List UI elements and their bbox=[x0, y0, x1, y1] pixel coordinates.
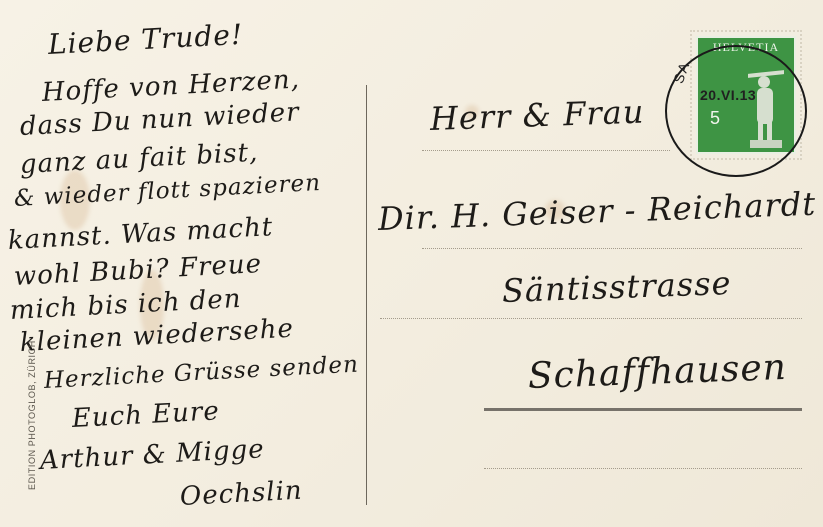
message-line: Herzliche Grüsse senden bbox=[43, 352, 359, 394]
message-line: ganz au fait bist, bbox=[19, 138, 259, 180]
address-line-rule bbox=[422, 248, 802, 249]
message-line: kannst. Was macht bbox=[7, 212, 274, 256]
publisher-imprint: EDITION PHOTOGLOB, ZÜRICH bbox=[27, 340, 37, 490]
address-street: Säntisstrasse bbox=[501, 264, 732, 310]
address-line-rule bbox=[380, 318, 802, 319]
message-address-divider bbox=[366, 85, 367, 505]
message-signature: Arthur & Migge bbox=[39, 434, 265, 476]
message-greeting: Liebe Trude! bbox=[47, 18, 244, 61]
postmark-date: 20.VI.13 bbox=[700, 87, 756, 103]
postcard-back: Liebe Trude! Hoffe von Herzen, dass Du n… bbox=[0, 0, 823, 527]
address-line-rule bbox=[484, 468, 802, 469]
address-recipient: Dir. H. Geiser - Reichardt bbox=[377, 185, 816, 238]
message-closing: Euch Eure bbox=[71, 396, 220, 434]
address-town-underline bbox=[484, 408, 802, 411]
message-signature-surname: Oechslin bbox=[179, 476, 303, 512]
address-salutation: Herr & Frau bbox=[429, 93, 645, 138]
address-town: Schaffhausen bbox=[527, 347, 787, 397]
address-line-rule bbox=[422, 150, 670, 151]
